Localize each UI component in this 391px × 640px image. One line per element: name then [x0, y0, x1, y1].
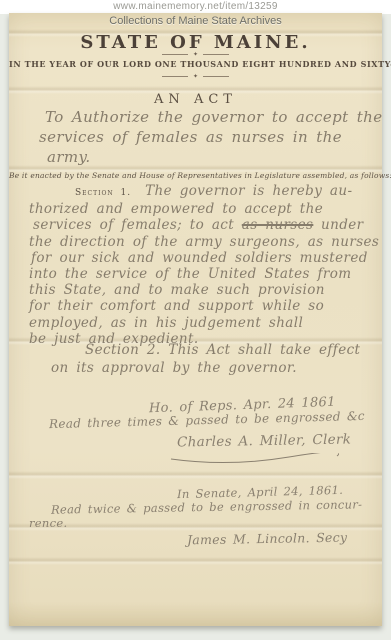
- act-title-handwritten: To Authorize the governor to accept the …: [45, 107, 365, 167]
- paper-fold-line: [9, 557, 382, 565]
- an-act-heading: AN ACT: [9, 92, 382, 107]
- title-line: army.: [47, 147, 365, 167]
- manuscript-line: Section 2. This Act shall take effect: [85, 341, 371, 359]
- manuscript-line: thorized and empowered to accept the: [29, 201, 371, 217]
- title-line: services of females as nurses in the: [39, 127, 365, 147]
- ornament-divider: ✦: [9, 51, 382, 58]
- clerk-signature: Charles A. Miller, Clerk: [177, 431, 351, 450]
- signature-flourish: [169, 453, 339, 465]
- paper-fold-line: [9, 471, 382, 479]
- house-endorsement-note: Read three times & passed to be engrosse…: [49, 409, 365, 431]
- title-line: To Authorize the governor to accept the: [45, 107, 365, 127]
- struck-text: as nurses: [242, 217, 314, 233]
- senate-endorsement-note: Read twice & passed to be engrossed in c…: [51, 497, 363, 516]
- state-of-maine-heading: STATE OF MAINE.: [9, 32, 382, 53]
- manuscript-line: Section 1.The governor is hereby au-: [29, 183, 371, 201]
- secretary-signature: James M. Lincoln. Secy: [187, 530, 348, 548]
- section-2-body: Section 2. This Act shall take effect on…: [51, 341, 371, 377]
- document-page: Collections of Maine State Archives STAT…: [9, 13, 382, 626]
- enacting-clause: Be it enacted by the Senate and House of…: [9, 171, 382, 180]
- archive-caption: Collections of Maine State Archives: [9, 15, 382, 27]
- ornament-glyph: ✦: [193, 51, 198, 58]
- section-1-label: Section 1.: [75, 188, 131, 198]
- manuscript-line: services of females; to act as nurses un…: [33, 217, 371, 233]
- year-line: IN THE YEAR OF OUR LORD ONE THOUSAND EIG…: [9, 59, 382, 69]
- manuscript-line: this State, and to make such provision: [29, 282, 371, 298]
- ornament-divider: ✦: [9, 73, 382, 80]
- senate-endorsement-note: rence.: [29, 516, 67, 530]
- manuscript-line: for our sick and wounded soldiers muster…: [31, 250, 371, 266]
- manuscript-line: the direction of the army surgeons, as n…: [29, 234, 371, 250]
- page-url: www.mainememory.net/item/13259: [0, 1, 391, 12]
- manuscript-line: into the service of the United States fr…: [29, 266, 371, 282]
- manuscript-line: employed, as in his judgement shall: [29, 315, 371, 331]
- section-1-body: Section 1.The governor is hereby au- tho…: [29, 183, 371, 347]
- ornament-glyph: ✦: [193, 73, 198, 80]
- manuscript-line: on its approval by the governor.: [51, 359, 371, 377]
- manuscript-line: for their comfort and support while so: [29, 298, 371, 314]
